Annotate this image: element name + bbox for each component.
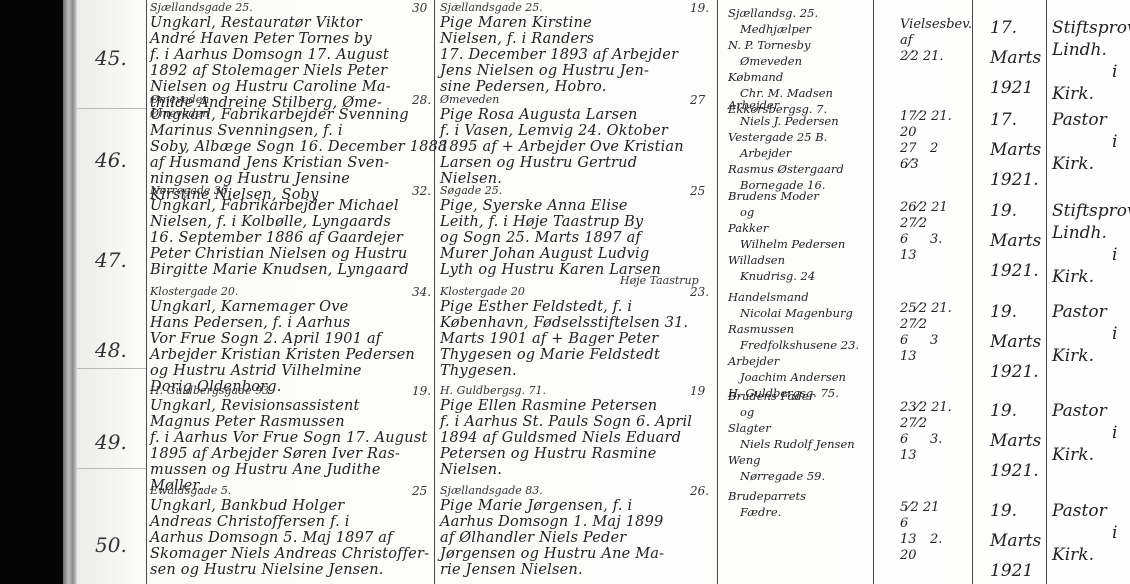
officiant-line: i (1112, 134, 1117, 151)
groom-line: 1895 af Arbejder Søren Iver Ras- (150, 447, 400, 462)
bride-line: Pige Esther Feldstedt, f. i (440, 300, 632, 315)
bride-line: Jens Nielsen og Hustru Jen- (440, 64, 649, 79)
banns-line: 13 (900, 533, 917, 546)
bride-line: Pige Maren Kirstine (440, 16, 592, 31)
groom-line: f. i Aarhus Vor Frue Sogn 17. August (150, 431, 427, 446)
witness-line: N. P. Tornesby (728, 40, 811, 52)
groom-address: Ømeveden (150, 94, 209, 105)
officiant-line: Stiftsprov. (1052, 203, 1130, 220)
witness-line: Fredfolkshusene 23. (740, 340, 859, 352)
row-separator (77, 108, 146, 109)
entry-number: 48. (95, 340, 127, 360)
banns-line: 6⁄3 (900, 158, 919, 171)
column-rule-banns (972, 0, 973, 584)
marriage-date: 1921. (990, 263, 1039, 280)
bride-line: 1895 af + Arbejder Ove Kristian (440, 140, 684, 155)
banns-line: af (900, 34, 913, 47)
groom-line: 1892 af Stolemager Niels Peter (150, 64, 387, 79)
book-binding (0, 0, 63, 584)
banns-line: 13 (900, 350, 917, 363)
witness-line: Nicolai Magenburg (740, 308, 853, 320)
witness-line: og (740, 407, 754, 419)
officiant-line: Kirk. (1052, 547, 1094, 564)
groom-line: Nielsen, f. i Kolbølle, Lyngaards (150, 215, 391, 230)
banns-line: 23⁄2 21. (900, 401, 952, 414)
groom-age: 34. (412, 286, 431, 298)
bride-line: Thygesen og Marie Feldstedt (440, 348, 660, 363)
bride-age: 23. (690, 286, 709, 298)
witness-line: Fædre. (740, 507, 781, 519)
banns-line: 13 (900, 449, 917, 462)
groom-line: Hans Pedersen, f. i Aarhus (150, 316, 350, 331)
groom-age: 19. (412, 385, 431, 397)
banns-line: 5⁄2 21 (900, 501, 939, 514)
groom-line: Ungkarl, Fabrikarbejder Svenning (150, 108, 409, 123)
bride-line: 1894 af Guldsmed Niels Eduard (440, 431, 681, 446)
groom-address: H. Guldbergsgade 93. (150, 385, 273, 396)
groom-line: Birgitte Marie Knudsen, Lyngaard (150, 263, 409, 278)
groom-age: 30 (412, 2, 427, 14)
banns-line: 6 (900, 233, 908, 246)
bride-line: Petersen og Hustru Rasmine (440, 447, 657, 462)
officiant-line: Pastor (1052, 304, 1107, 321)
groom-address: Klostergade 20. (150, 286, 238, 297)
banns-line: 26⁄2 21 (900, 201, 948, 214)
witness-line: Brudeparrets (728, 491, 806, 503)
officiant-line: Kirk. (1052, 269, 1094, 286)
bride-line: Jørgensen og Hustru Ane Ma- (440, 547, 664, 562)
officiant-line: Lindh. (1052, 42, 1107, 59)
witness-line: Rasmus Østergaard (728, 164, 844, 176)
witness-line: Niels J. Pedersen (740, 116, 839, 128)
bride-address: H. Guldbergsg. 71. (440, 385, 546, 396)
banns-line: 3 (930, 334, 938, 347)
groom-line: Ungkarl, Revisionsassistent (150, 399, 360, 414)
witness-line: Weng (728, 455, 760, 467)
marriage-date: 19. (990, 403, 1017, 420)
bride-address: Søgade 25. (440, 185, 502, 196)
entry-number: 50. (95, 535, 127, 555)
marriage-date: 1921. (990, 463, 1039, 480)
bride-line: Pige, Syerske Anna Elise (440, 199, 628, 214)
bride-line: Nielsen. (440, 463, 502, 478)
groom-age: 32. (412, 185, 431, 197)
witness-line: Nørregade 59. (740, 471, 825, 483)
groom-line: Aarhus Domsogn 5. Maj 1897 af (150, 531, 393, 546)
marriage-date: Marts (990, 233, 1041, 250)
entry-number: 49. (95, 432, 127, 452)
banns-line: 13 (900, 249, 917, 262)
groom-address: Nørregade 36 (150, 185, 228, 196)
bride-line: København, Fødselsstiftelsen 31. (440, 316, 688, 331)
banns-line: 27⁄2 (900, 217, 927, 230)
officiant-line: i (1112, 525, 1117, 542)
bride-line: Nielsen, f. i Randers (440, 32, 594, 47)
groom-address: Sjællandsgade 25. (150, 2, 253, 13)
groom-line: af Husmand Jens Kristian Sven- (150, 156, 389, 171)
page-gutter (63, 0, 77, 584)
marriage-date: 19. (990, 304, 1017, 321)
marriage-date: 1921 (990, 563, 1033, 580)
officiant-line: i (1112, 425, 1117, 442)
bride-line: Pige Rosa Augusta Larsen (440, 108, 638, 123)
groom-address: Ewaldsgade 5. (150, 485, 231, 496)
witness-line: Willadsen (728, 255, 785, 267)
marriage-date: 19. (990, 203, 1017, 220)
officiant-line: Stiftsprov. (1052, 20, 1130, 37)
banns-line: 6 (900, 433, 908, 446)
witness-line: Brudens Fader (728, 391, 814, 403)
bride-line: Thygesen. (440, 364, 517, 379)
marriage-date: Marts (990, 433, 1041, 450)
witness-line: Sjællandsg. 25. (728, 8, 818, 20)
bride-line: Pige Marie Jørgensen, f. i (440, 499, 632, 514)
officiant-line: Pastor (1052, 403, 1107, 420)
marriage-date: 19. (990, 503, 1017, 520)
marriage-date: Marts (990, 142, 1041, 159)
bride-line: og Sogn 25. Marts 1897 af (440, 231, 641, 246)
officiant-line: Kirk. (1052, 86, 1094, 103)
groom-line: Arbejder Kristian Kristen Pedersen (150, 348, 415, 363)
row-separator (77, 468, 146, 469)
witness-line: og (740, 207, 754, 219)
bride-line: f. i Aarhus St. Pauls Sogn 6. April (440, 415, 692, 430)
groom-line: Magnus Peter Rasmussen (150, 415, 345, 430)
bride-age: 27 (690, 94, 705, 106)
officiant-line: i (1112, 326, 1117, 343)
witness-line: Købmand (728, 72, 783, 84)
entry-number: 46. (95, 150, 127, 170)
column-rule-number (146, 0, 147, 584)
officiant-line: Kirk. (1052, 447, 1094, 464)
marriage-date: 1921. (990, 364, 1039, 381)
marriage-date: Marts (990, 533, 1041, 550)
groom-line: sen og Hustru Nielsine Jensen. (150, 563, 384, 578)
bride-line: Leith, f. i Høje Taastrup By (440, 215, 643, 230)
bride-line: af Ølhandler Niels Peder (440, 531, 626, 546)
banns-line: 20 (900, 549, 917, 562)
witness-line: Knudrisg. 24 (740, 271, 815, 283)
banns-line: 3. (930, 433, 942, 446)
witness-line: Medhjælper (740, 24, 811, 36)
banns-line: 6 (900, 334, 908, 347)
groom-line: Vor Frue Sogn 2. April 1901 af (150, 332, 381, 347)
bride-address: Ømeveden (440, 94, 499, 105)
witness-line: Ømeveden (740, 56, 802, 68)
bride-line: Pige Ellen Rasmine Petersen (440, 399, 657, 414)
marriage-date: Marts (990, 334, 1041, 351)
bride-line: Aarhus Domsogn 1. Maj 1899 (440, 515, 663, 530)
officiant-line: i (1112, 64, 1117, 81)
banns-line: 2 (930, 142, 938, 155)
groom-line: Peter Christian Nielsen og Hustru (150, 247, 407, 262)
banns-line: 3. (930, 233, 942, 246)
bride-line: Marts 1901 af + Bager Peter (440, 332, 658, 347)
banns-line: 27⁄2 (900, 318, 927, 331)
officiant-line: Lindh. (1052, 225, 1107, 242)
groom-line: Ungkarl, Bankbud Holger (150, 499, 344, 514)
column-rule-date (1046, 0, 1047, 584)
marriage-date: 1921 (990, 80, 1033, 97)
bride-age: 26. (690, 485, 709, 497)
bride-line: 17. December 1893 af Arbejder (440, 48, 678, 63)
witness-line: Pakker (728, 223, 768, 235)
entry-number: 45. (95, 48, 127, 68)
bride-line: f. i Vasen, Lemvig 24. Oktober (440, 124, 668, 139)
witness-line: Joachim Andersen (740, 372, 846, 384)
marriage-date: 17. (990, 20, 1017, 37)
witness-line: Niels Rudolf Jensen (740, 439, 855, 451)
bride-line: Murer Johan August Ludvig (440, 247, 649, 262)
witness-line: Handelsmand (728, 292, 809, 304)
bride-extra: Høje Taastrup (620, 275, 699, 286)
banns-line: 17⁄2 21. (900, 110, 952, 123)
officiant-line: Kirk. (1052, 156, 1094, 173)
bride-age: 25 (690, 185, 705, 197)
groom-line: 16. September 1886 af Gaardejer (150, 231, 403, 246)
groom-line: Marinus Svenningsen, f. i (150, 124, 343, 139)
groom-line: Ungkarl, Karnemager Ove (150, 300, 348, 315)
groom-line: Ungkarl, Restauratør Viktor (150, 16, 362, 31)
groom-age: 25 (412, 485, 427, 497)
groom-line: Soby, Albæge Sogn 16. December 1888 (150, 140, 447, 155)
banns-line: Vielsesbev. (900, 18, 972, 31)
banns-line: 20 (900, 126, 917, 139)
marriage-date: 1921. (990, 172, 1039, 189)
witness-line: Rasmussen (728, 324, 794, 336)
officiant-line: Kirk. (1052, 348, 1094, 365)
groom-line: Andreas Christoffersen f. i (150, 515, 350, 530)
groom-line: og Hustru Astrid Vilhelmine (150, 364, 362, 379)
row-separator (77, 368, 146, 369)
groom-line: f. i Aarhus Domsogn 17. August (150, 48, 389, 63)
bride-line: Larsen og Hustru Gertrud (440, 156, 637, 171)
witness-line: Vestergade 25 B. (728, 132, 827, 144)
banns-line: 6 (900, 517, 908, 530)
banns-line: 2⁄2 21. (900, 50, 944, 63)
groom-line: André Haven Peter Tornes by (150, 32, 372, 47)
witness-line: Brudens Moder (728, 191, 819, 203)
bride-age: 19 (690, 385, 705, 397)
groom-age: 28. (412, 94, 431, 106)
bride-address: Sjællandsgade 25. (440, 2, 543, 13)
witness-line: Slagter (728, 423, 771, 435)
banns-line: 25⁄2 21. (900, 302, 952, 315)
banns-line: 2. (930, 533, 942, 546)
officiant-line: Pastor (1052, 112, 1107, 129)
bride-address: Sjællandsgade 83. (440, 485, 543, 496)
groom-line: mussen og Hustru Ane Judithe (150, 463, 381, 478)
groom-line: Skomager Niels Andreas Christoffer- (150, 547, 429, 562)
witness-line: Arbejder (728, 356, 779, 368)
bride-address: Klostergade 20 (440, 286, 525, 297)
marriage-date: Marts (990, 50, 1041, 67)
entry-number: 47. (95, 250, 127, 270)
bride-age: 19. (690, 2, 709, 14)
column-rule-bride (717, 0, 718, 584)
banns-line: 27 (900, 142, 917, 155)
column-rule-groom (434, 0, 435, 584)
officiant-line: Pastor (1052, 503, 1107, 520)
officiant-line: i (1112, 247, 1117, 264)
bride-line: rie Jensen Nielsen. (440, 563, 583, 578)
column-rule-witnesses (873, 0, 874, 584)
groom-line: Ungkarl, Fabrikarbejder Michael (150, 199, 399, 214)
witness-line: Arbejder (728, 100, 779, 112)
witness-line: Arbejder (740, 148, 791, 160)
banns-line: 27⁄2 (900, 417, 927, 430)
witness-line: Wilhelm Pedersen (740, 239, 845, 251)
marriage-date: 17. (990, 112, 1017, 129)
